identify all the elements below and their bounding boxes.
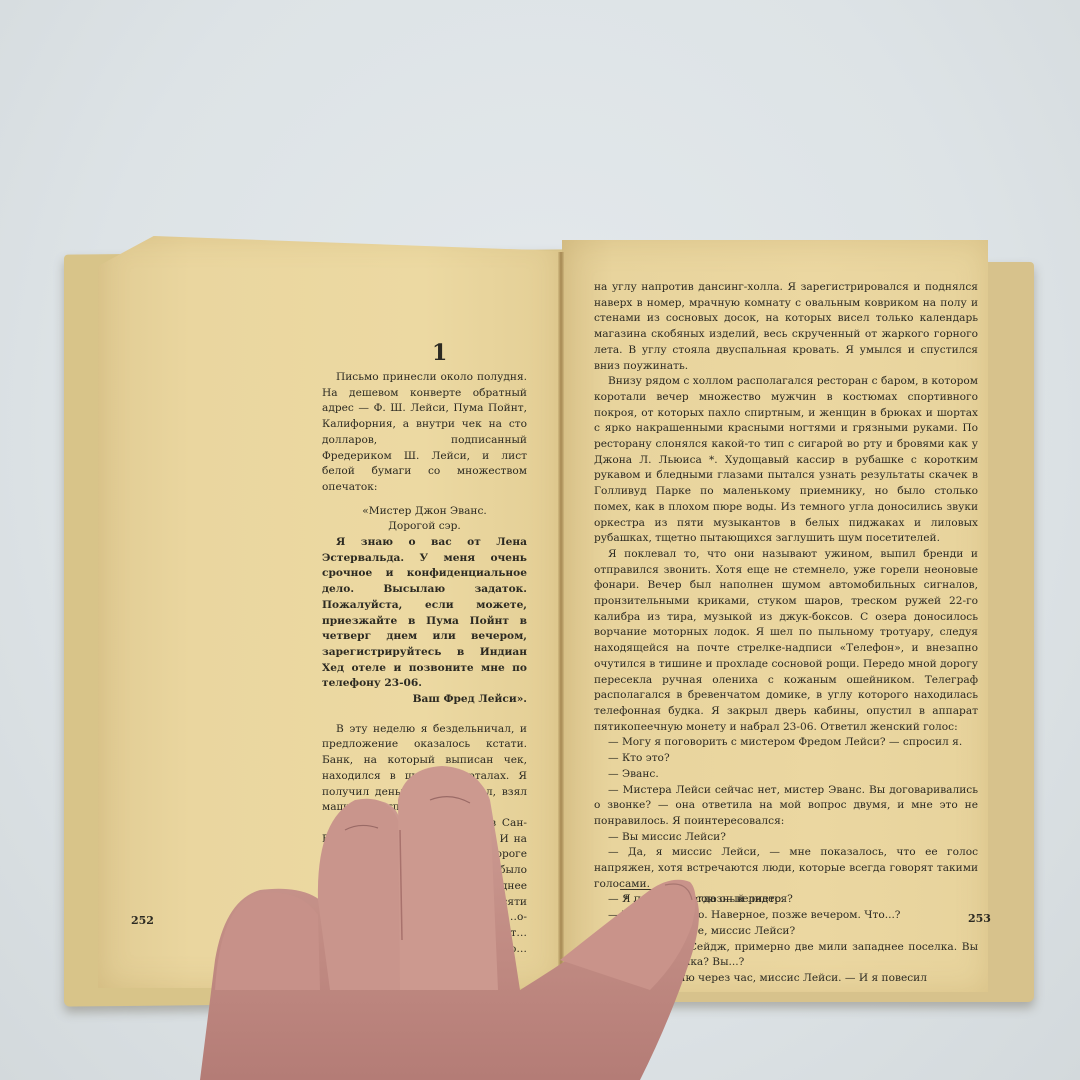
letter-salutation: «Мистер Джон Эванс.	[322, 504, 527, 520]
right-page-text: на углу напротив дансинг-холла. Я зареги…	[594, 280, 978, 987]
paragraph: Я поклевал то, что они называют ужином, …	[594, 547, 978, 735]
letter-body: Я знаю о вас от Лена Эстервальда. У меня…	[322, 535, 527, 692]
footnote-divider	[620, 889, 680, 890]
left-page-text: Письмо принесли около полудня. На дешево…	[322, 370, 527, 973]
dialogue-line: — В... в Волл Сейдж, примерно две мили з…	[594, 940, 978, 971]
paragraph: на углу напротив дансинг-холла. Я зареги…	[594, 280, 978, 374]
dialogue-line: — Где вы живете, миссис Лейси?	[594, 924, 978, 940]
dialogue-line: — Вы миссис Лейси?	[594, 830, 978, 846]
dialogue-line: — Да, я миссис Лейси, — мне показалось, …	[594, 845, 978, 892]
dialogue-line: — Кто это?	[594, 751, 978, 767]
page-number-right: 253	[968, 912, 991, 925]
dialogue-line: — Могу я поговорить с мистером Фредом Ле…	[594, 735, 978, 751]
page-number-left: 252	[131, 914, 154, 927]
photo-scene: 1 Письмо принесли около полудня. На деше…	[0, 0, 1080, 1080]
paragraph: Письмо принесли около полудня. На дешево…	[322, 370, 527, 496]
letter-signature: Ваш Фред Лейси».	[322, 692, 527, 708]
chapter-number: 1	[432, 340, 447, 366]
dialogue-line: — Мистера Лейси сейчас нет, мистер Эванс…	[594, 783, 978, 830]
dialogue-line: — Эванс.	[594, 767, 978, 783]
paragraph: В эту неделю я бездельничал, и предложен…	[322, 722, 527, 816]
dialogue-line: — Точно не знаю. Наверное, позже вечером…	[594, 908, 978, 924]
book-spine-gutter	[558, 252, 564, 972]
paragraph: В долине стояла жара, а в Сан-Бернандино…	[322, 816, 527, 973]
footnote: * …кий профсоюзный лидер.	[624, 893, 784, 905]
dialogue-line: — Я перезвоню через час, миссис Лейси. —…	[594, 971, 978, 987]
letter-salutation: Дорогой сэр.	[322, 519, 527, 535]
paragraph: Внизу рядом с холлом располагался рестор…	[594, 374, 978, 547]
